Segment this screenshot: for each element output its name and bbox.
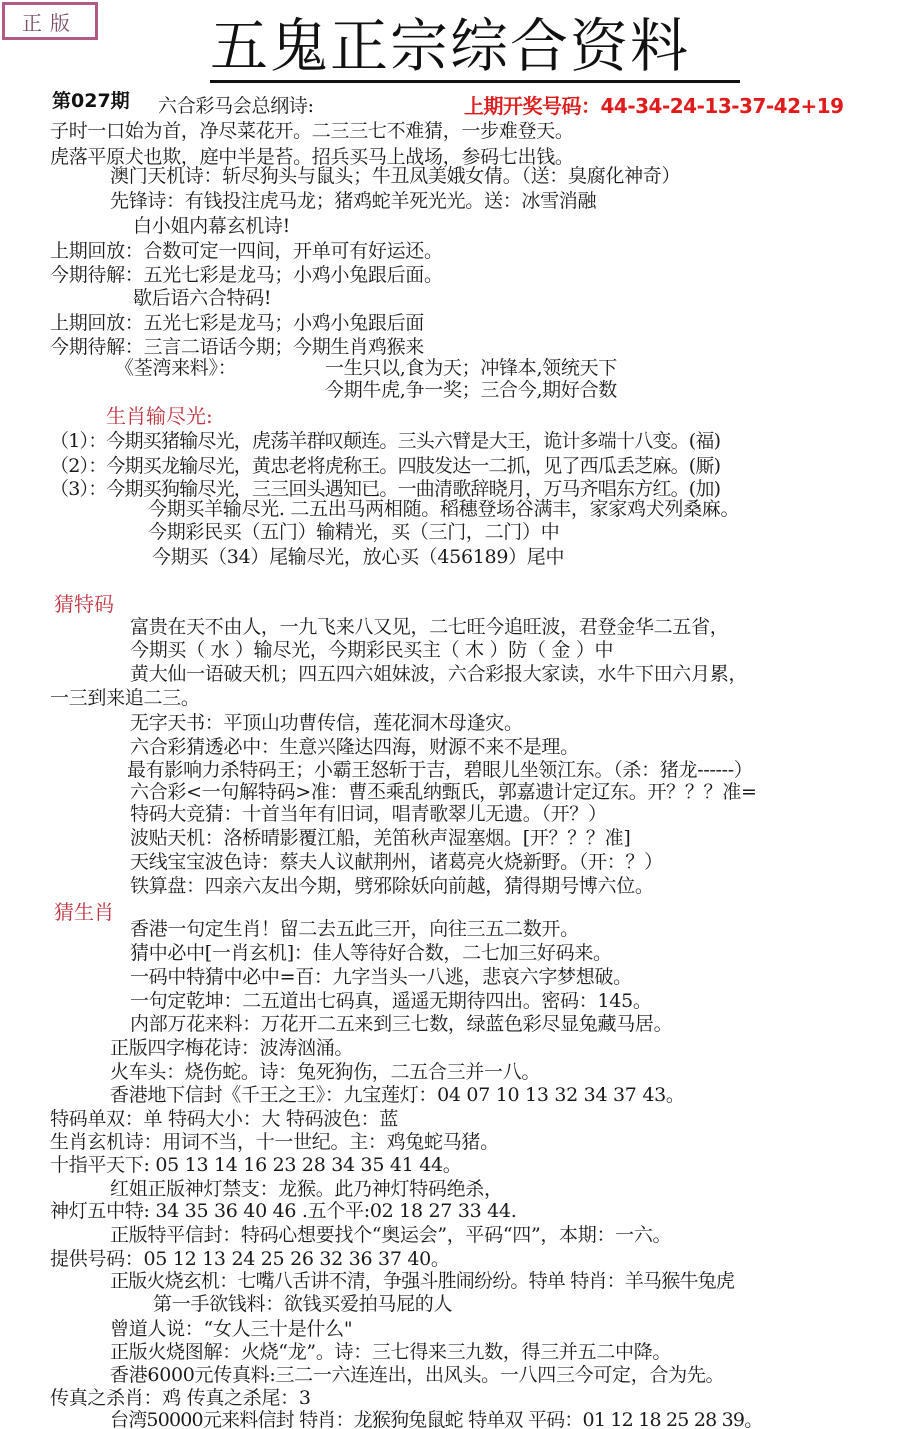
text-line: （3）：今期买狗输尽光，三三回头遇知已。一曲清歌辞晓月，万马齐唱东方红。(加) [50,478,720,500]
text-line: 传真之杀肖：鸡 传真之杀尾：3 [50,1387,311,1409]
text-line: 上期回放：五光七彩是龙马；小鸡小兔跟后面 [50,312,424,334]
text-line: 正版火烧玄机：七嘴八舌讲不清，争强斗胜闹纷纷。特单 特肖：羊马猴牛兔虎 [110,1270,734,1292]
text-line: 一三到来追二三。 [50,687,200,709]
text-line: 一生只以,食为天；冲锋本,领统天下 [325,357,617,379]
text-line: 歇后语六合特码! [133,287,271,309]
text-line: 上期回放：合数可定一四间，开单可有好运还。 [50,240,443,262]
section-heading-guess-zodiac: 猜生肖 [54,896,114,925]
text-line: 正版火烧图解：火烧“龙”。诗：三七得来三九数，得三并五二中降。 [110,1341,671,1363]
section-heading-guess-code: 猜特码 [54,588,114,617]
text-line: 今期彩民买（五门）输精光，买（三门，二门）中 [148,521,559,543]
text-line: （1）：今期买猪输尽光，虎荡羊群叹颠连。三头六臂是大王，诡计多端十八变。(福) [50,430,720,452]
text-line: 猜中必中[一肖玄机]：佳人等待好合数，二七加三好码来。 [130,942,612,964]
text-line: 六合彩<一句解特码>准：曹丕乘乱纳甄氏，郭嘉遗计定辽东。开？？？准= [130,781,757,803]
page-title: 五鬼正宗综合资料 [210,14,740,83]
text-line: 香港6000元传真料:三二一六连连出，出风头。一八四三今可定，合为先。 [110,1364,724,1386]
last-draw-label: 上期开奖号码： [464,94,601,118]
text-line: 特码大竞猜：十首当年有旧词，唱青歌翠儿无遗。（开？） [130,803,607,825]
text-line: 十指平天下: 05 13 14 16 23 28 34 35 41 44。 [50,1154,461,1176]
text-line: 铁算盘：四亲六友出今期，劈邪除妖向前越，猜得期号博六位。 [130,875,654,897]
text-line: 生肖玄机诗：用词不当，十一世纪。主：鸡兔蛇马猪。 [50,1131,499,1153]
text-line: 火车头：烧伤蛇。诗：兔死狗伤，二五合三并一八。 [110,1061,540,1083]
official-edition-badge: 正版 [2,2,98,40]
issue-number: 第027期 [52,86,130,113]
text-line: 红姐正版神灯禁支：龙猴。此乃神灯特码绝杀， [110,1178,503,1200]
text-line: 今期牛虎,争一奖；三合今,期好合数 [325,379,617,401]
text-line: 特码单双：单 特码大小：大 特码波色：蓝 [50,1108,398,1130]
last-draw-results: 上期开奖号码：44-34-24-13-37-42+19 [464,90,844,119]
text-line: 香港一句定生肖！留二去五此三开，向往三五二数开。 [130,918,579,940]
text-line: 台湾50000元来料信封 特肖：龙猴狗兔鼠蛇 特单双 平码：01 12 18 2… [110,1409,762,1429]
text-line: 《荃湾来料》： [115,357,236,379]
text-line: 澳门天机诗：斩尽狗头与鼠头；牛丑凤美娥女倩。（送：臭腐化神奇） [110,165,680,187]
text-line: 子时一口始为首，净尽菜花开。二三三七不难猜，一步难登天。 [50,120,574,142]
text-line: 今期买（ 水 ）输尽光，今期彩民买主（ 木 ）防（ 金 ）中 [130,639,613,661]
poems-heading: 六合彩马会总纲诗: [158,95,314,117]
text-line: 六合彩猜透必中：生意兴隆达四海，财源不来不是理。 [130,736,579,758]
text-line: 一码中特猜中必中=百：九字当头一八逃，悲哀六字梦想破。 [130,966,632,988]
text-line: 富贵在天不由人，一九飞来八又见，二七旺今追旺波，君登金华二五省， [130,616,728,638]
last-draw-numbers: 44-34-24-13-37-42+19 [601,94,844,118]
text-line: 一句定乾坤：二五道出七码真，遥遥无期待四出。密码：145。 [130,990,652,1012]
text-line: 香港地下信封《千王之王》：九宝莲灯：04 07 10 13 32 34 37 4… [110,1084,685,1106]
text-line: 今期买（34）尾输尽光，放心买（456189）尾中 [152,546,564,568]
text-line: 最有影响力杀特码王；小霸王怒斩于吉，碧眼儿坐领江东。（杀：猪龙------） [127,759,753,781]
text-line: 提供号码：05 12 13 24 25 26 32 36 37 40。 [50,1248,450,1270]
text-line: 内部万花来料：万花开二五来到三七数，绿蓝色彩尽显兔藏马居。 [130,1013,672,1035]
text-line: 曾道人说：“女人三十是什么" [110,1318,352,1340]
text-line: （2）：今期买龙输尽光，黄忠老将虎称王。四肢发达一二抓，见了西瓜丢芝麻。(厮) [50,455,720,477]
text-line: 今期待解：三言二语话今期；今期生肖鸡猴来 [50,336,424,358]
text-line: 先锋诗：有钱投注虎马龙；猪鸡蛇羊死光光。送：冰雪消融 [110,190,596,212]
text-line: 今期买羊输尽光. 二五出马两相随。稻穗登场谷满丰，家家鸡犬列桑麻。 [148,498,739,520]
text-line: 正版四字梅花诗：波涛汹涌。 [110,1037,353,1059]
section-heading-zodiac-lose: 生肖输尽光: [106,400,213,429]
text-line: 第一手欲钱料：欲钱买爱拍马屁的人 [153,1293,452,1315]
text-line: 无字天书：平顶山功曹传信，莲花洞木母逢灾。 [130,712,523,734]
text-line: 黄大仙一语破天机；四五四六姐妹波，六合彩报大家读，水牛下田六月累， [130,663,747,685]
text-line: 天线宝宝波色诗：蔡夫人议献荆州，诸葛亮火烧新野。（开：？） [130,851,663,873]
text-line: 正版特平信封：特码心想要找个“奥运会”，平码“四”，本期：一六。 [110,1224,671,1246]
text-line: 波贴天机：洛桥晴影覆江船，羌笛秋声湿塞烟。[开？？？准] [130,827,630,849]
text-line: 神灯五中特: 34 35 36 40 46 .五个平:02 18 27 33 4… [50,1200,516,1222]
text-line: 今期待解：五光七彩是龙马；小鸡小兔跟后面。 [50,264,443,286]
text-line: 白小姐内幕玄机诗! [133,215,290,237]
